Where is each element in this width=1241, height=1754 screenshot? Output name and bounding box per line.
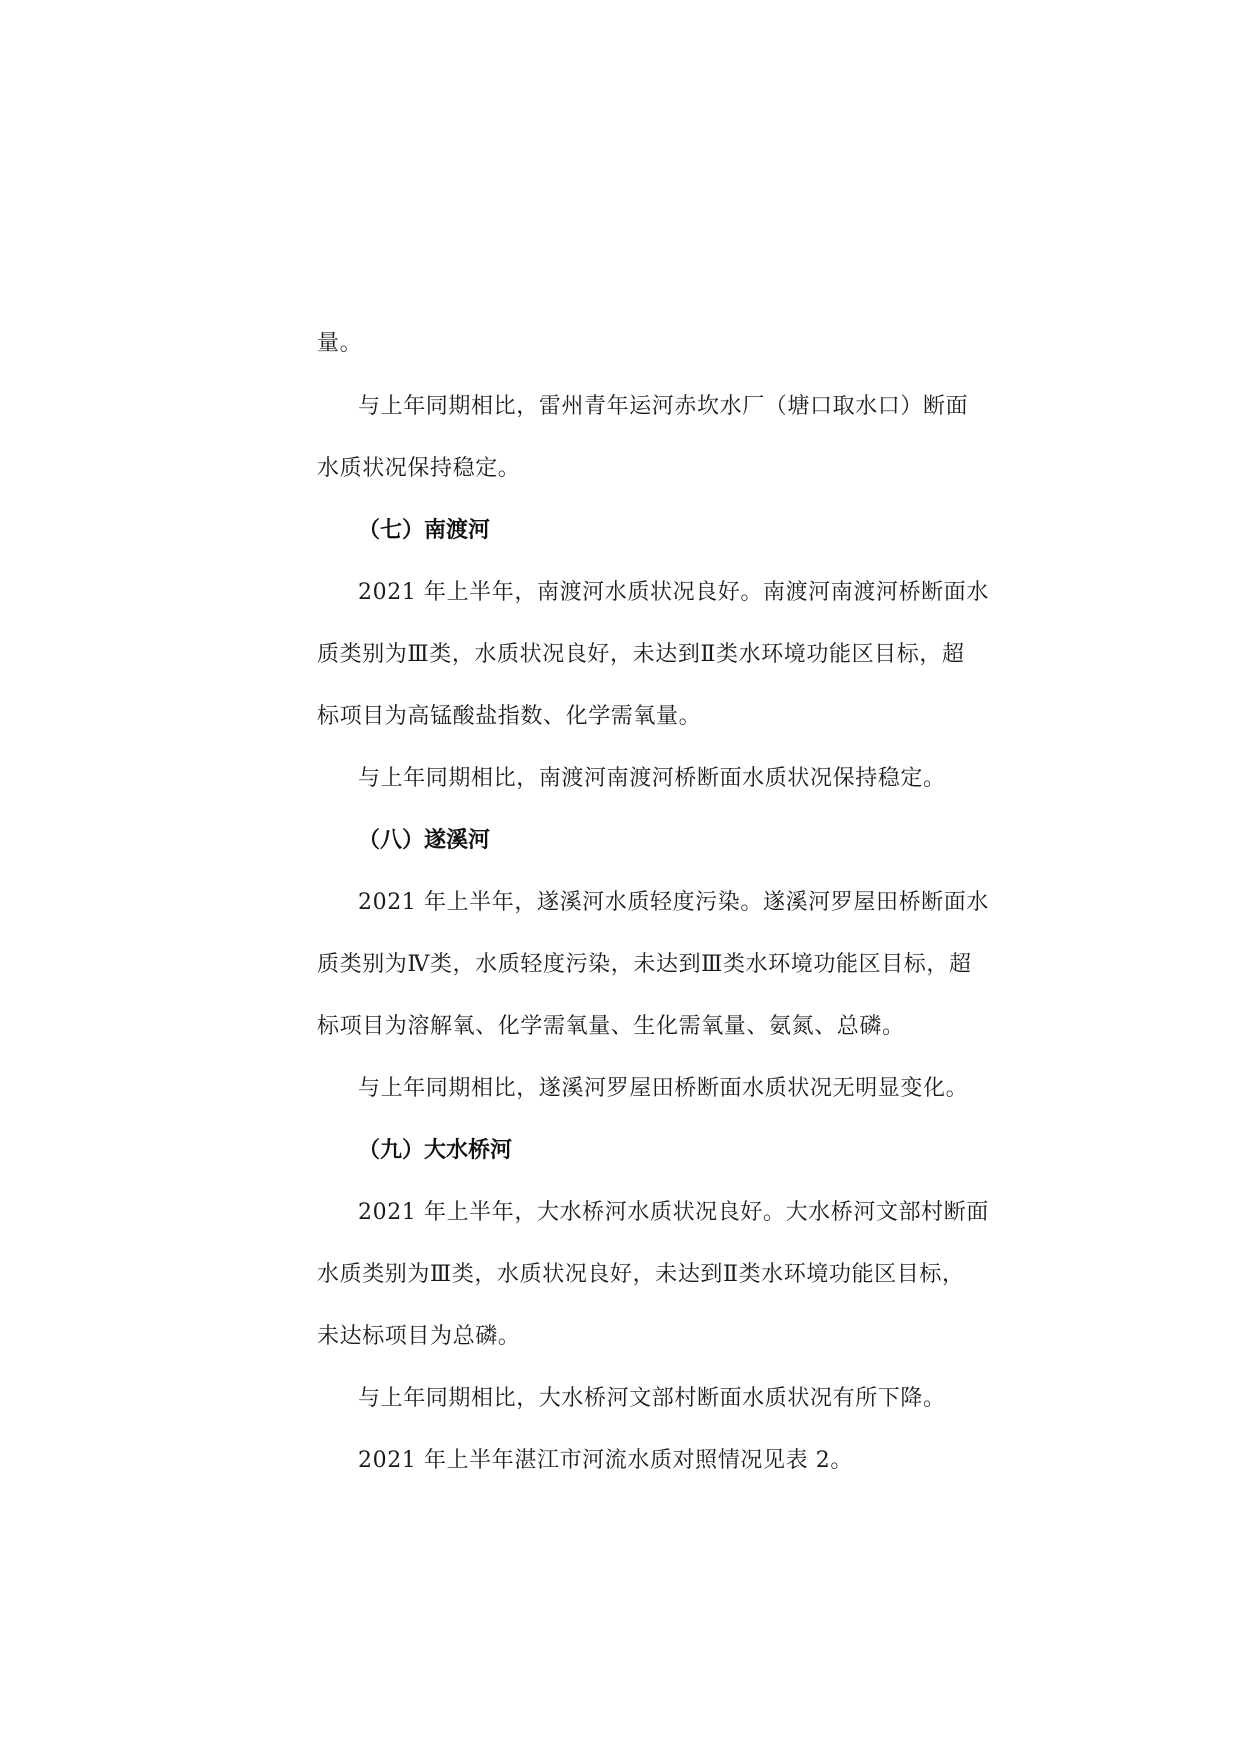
text-line-continuation: 水质类别为Ⅲ类，水质状况良好，未达到Ⅱ类水环境功能区目标， [317,1255,917,1295]
section-heading-dashuiqiao-river: （九）大水桥河 [358,1131,958,1171]
paragraph-suixi-river-comparison: 与上年同期相比，遂溪河罗屋田桥断面水质状况无明显变化。 [358,1069,958,1109]
text-line-continuation: 量。 [317,324,917,364]
text-line-continuation: 标项目为高锰酸盐指数、化学需氧量。 [317,697,917,737]
paragraph-table-reference: 2021 年上半年湛江市河流水质对照情况见表 2。 [358,1441,958,1481]
paragraph-nandu-river-status: 2021 年上半年，南渡河水质状况良好。南渡河南渡河桥断面水 [358,573,958,613]
text-line-continuation: 质类别为Ⅲ类，水质状况良好，未达到Ⅱ类水环境功能区目标，超 [317,635,917,675]
paragraph-leijou-canal-comparison: 与上年同期相比，雷州青年运河赤坎水厂（塘口取水口）断面 [358,387,958,427]
paragraph-suixi-river-status: 2021 年上半年，遂溪河水质轻度污染。遂溪河罗屋田桥断面水 [358,883,958,923]
section-heading-suixi-river: （八）遂溪河 [358,821,958,861]
section-heading-nandu-river: （七）南渡河 [358,511,958,551]
paragraph-dashuiqiao-river-status: 2021 年上半年，大水桥河水质状况良好。大水桥河文部村断面 [358,1193,958,1233]
document-page: 量。 与上年同期相比，雷州青年运河赤坎水厂（塘口取水口）断面 水质状况保持稳定。… [0,0,1241,1754]
text-line-continuation: 质类别为Ⅳ类，水质轻度污染，未达到Ⅲ类水环境功能区目标，超 [317,945,917,985]
text-line-continuation: 水质状况保持稳定。 [317,449,917,489]
text-line-continuation: 标项目为溶解氧、化学需氧量、生化需氧量、氨氮、总磷。 [317,1007,917,1047]
text-line-continuation: 未达标项目为总磷。 [317,1317,917,1357]
paragraph-nandu-river-comparison: 与上年同期相比，南渡河南渡河桥断面水质状况保持稳定。 [358,759,958,799]
paragraph-dashuiqiao-river-comparison: 与上年同期相比，大水桥河文部村断面水质状况有所下降。 [358,1379,958,1419]
